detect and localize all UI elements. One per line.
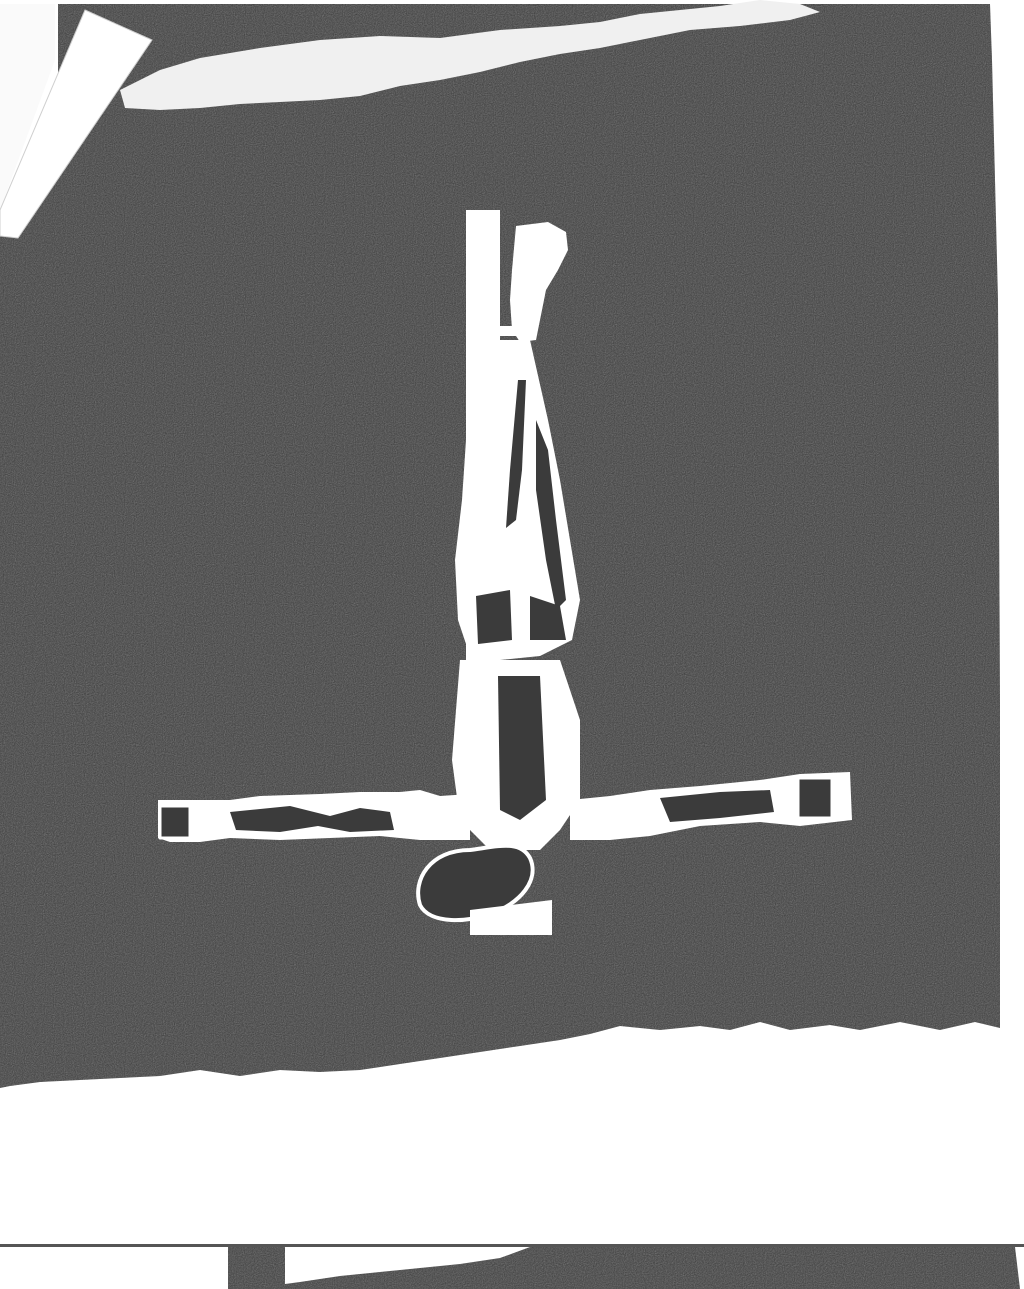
right-fist: [798, 778, 832, 818]
bottom-divider-line: [0, 1244, 1024, 1247]
torso-shadow: [498, 676, 546, 820]
boot-strap: [482, 326, 522, 336]
hip-shadow: [476, 590, 512, 644]
left-fist: [160, 806, 190, 838]
artwork-svg: [0, 0, 1024, 1289]
scanned-artwork: [0, 0, 1024, 1289]
